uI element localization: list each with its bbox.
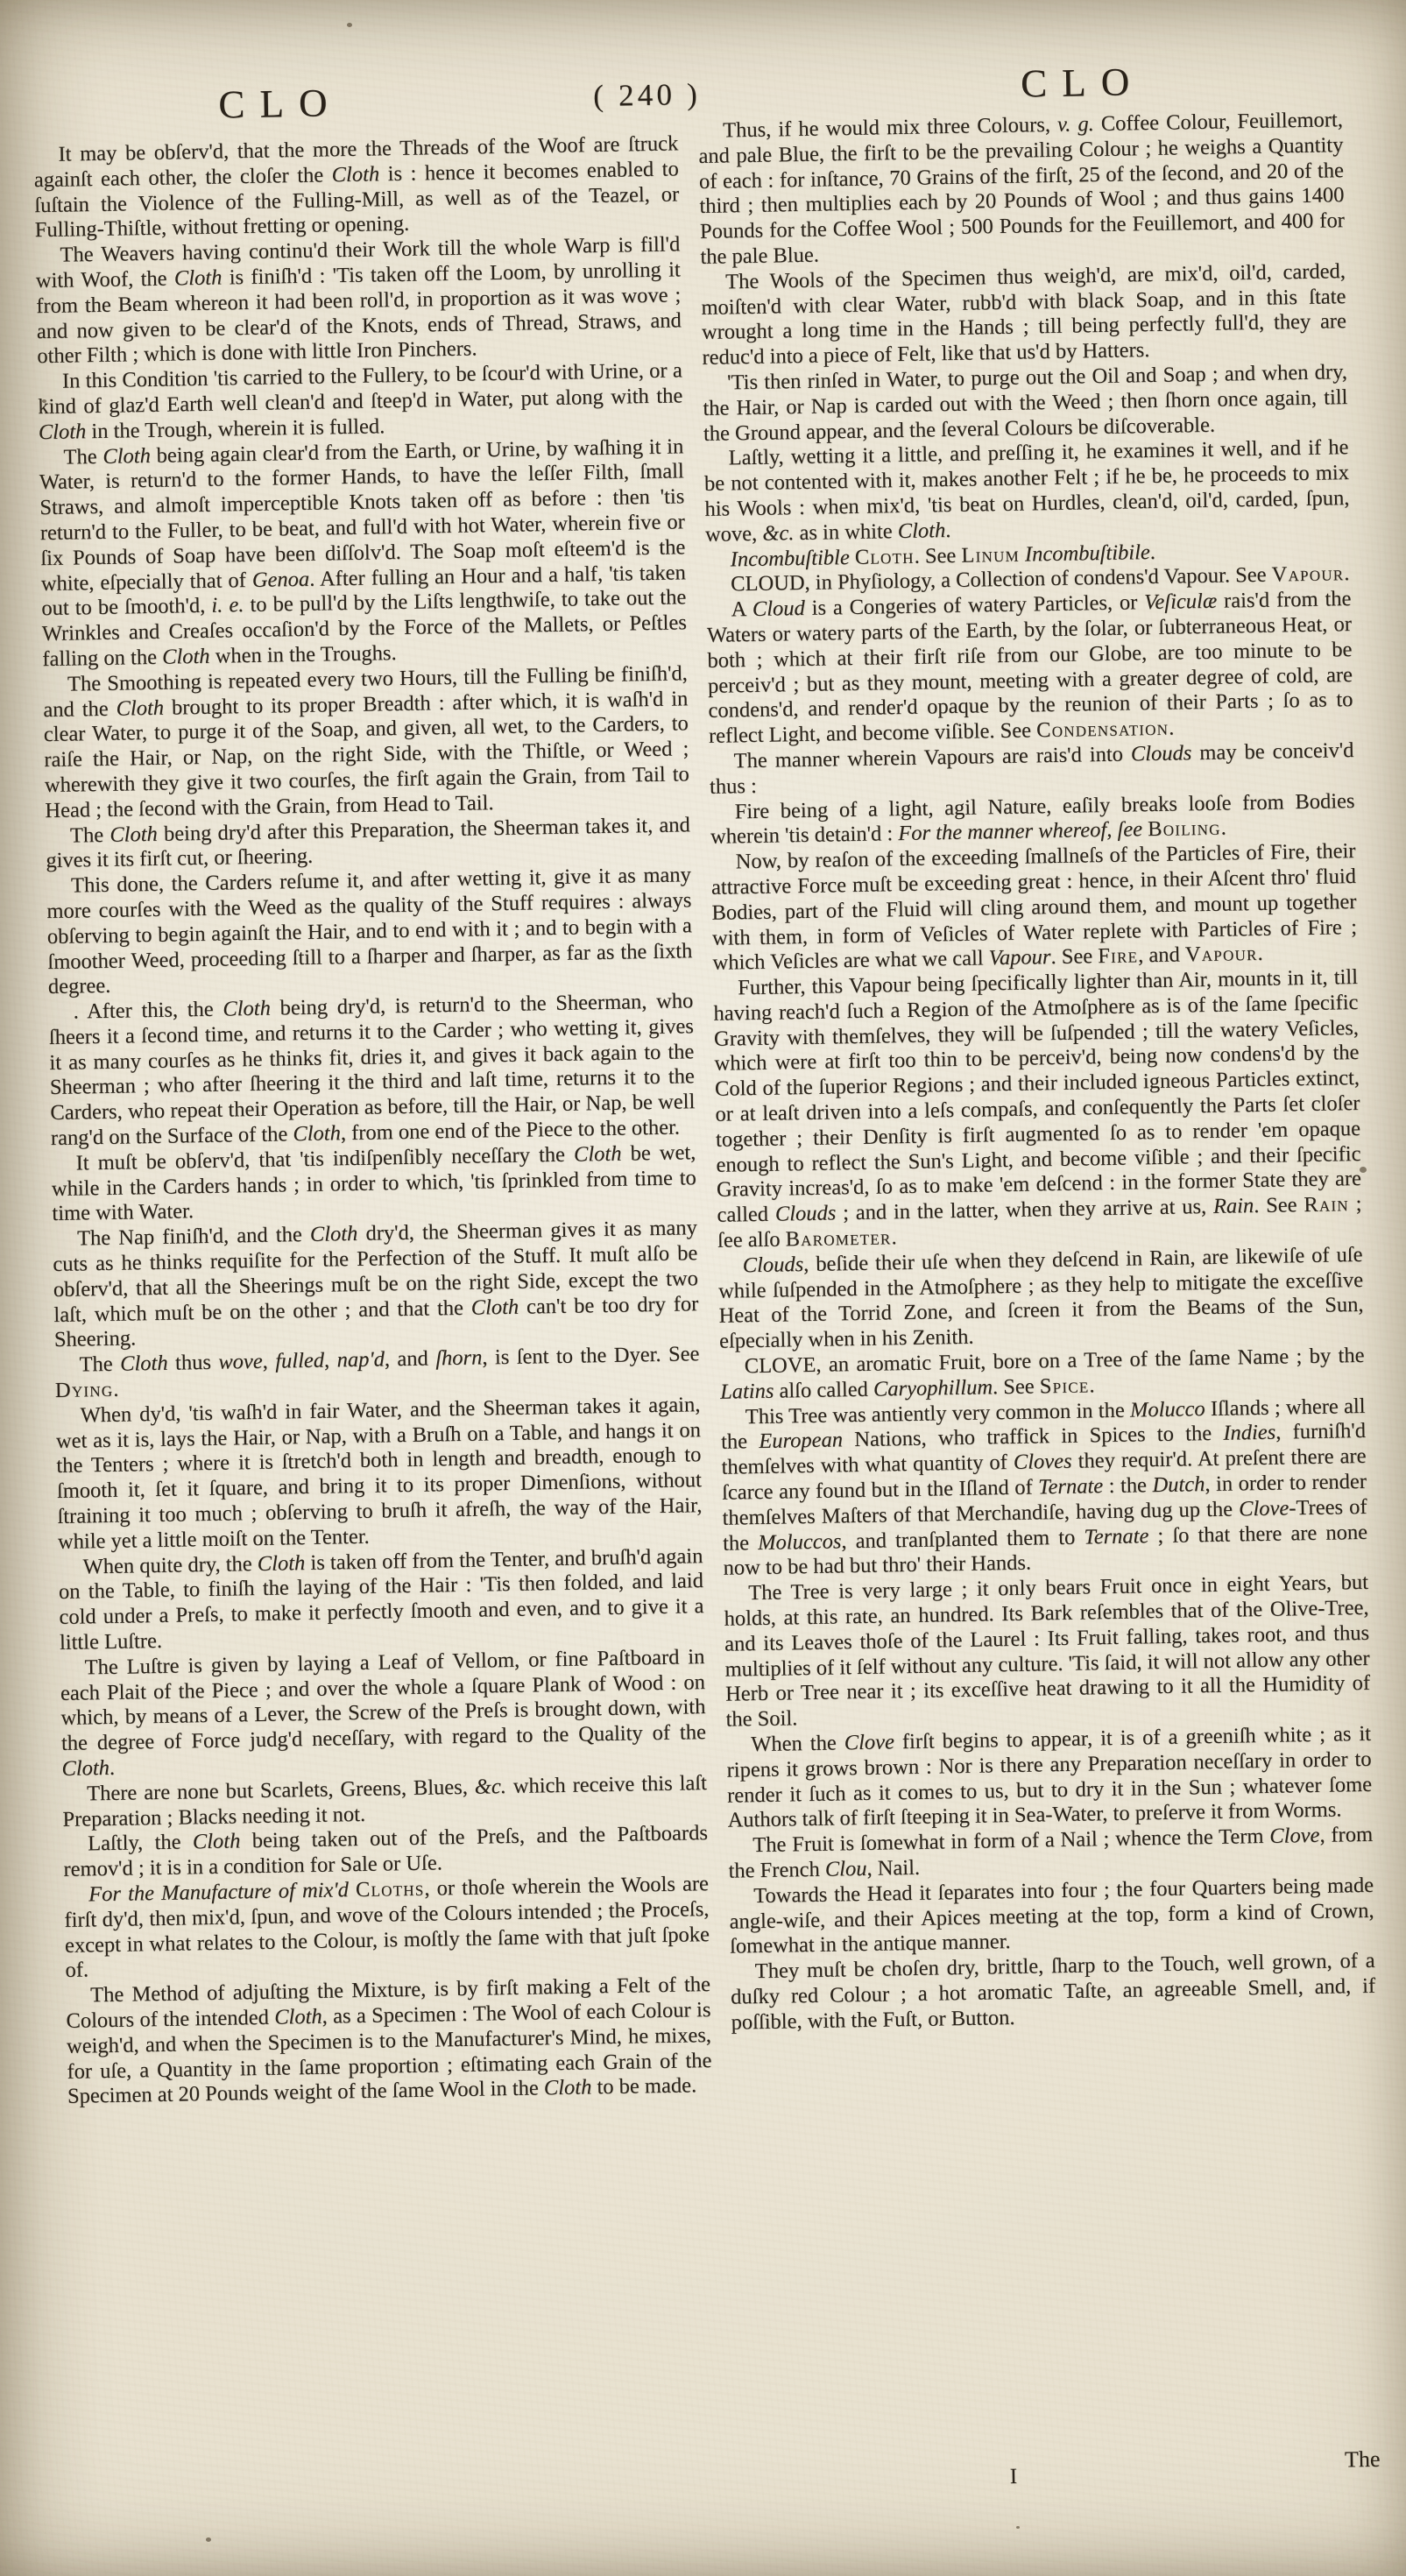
paragraph: The Luſtre is given by laying a Leaf of … [60,1645,706,1782]
paragraph: Thus, if he would mix three Colours, v. … [698,108,1346,271]
paragraph: The Weavers having continu'd their Work … [35,233,682,371]
italic-text: For the manner whereof, ſee [898,818,1142,846]
paragraph: It muſt be obſerv'd, that 'tis indiſpenſ… [51,1140,696,1227]
italic-text: Clouds [1131,741,1192,766]
italic-text: Cloth [39,420,87,444]
italic-text: Clou [825,1857,867,1881]
italic-text: Incombuſtibile [1025,540,1150,566]
small-caps-reference: Vapour [1185,942,1258,966]
italic-text: Cloth [293,1121,341,1146]
italic-text: Veſiculæ [1144,589,1217,614]
italic-text: Cloth [310,1222,358,1246]
small-caps-reference: Linum [961,542,1020,567]
italic-text: Cloth [110,822,158,846]
italic-text: Clove [1269,1824,1320,1848]
italic-text: Vapour [988,945,1050,970]
italic-text: For the Manufacture of mix'd [88,1878,349,1906]
italic-text: Clouds [742,1253,803,1277]
italic-text: Cloth [898,519,946,543]
paragraph: The Wools of the Specimen thus weigh'd, … [701,259,1347,371]
paragraph: This done, the Carders reſume it, and af… [46,863,693,1000]
italic-text: Cloth [574,1142,622,1167]
running-title-left: CLO [218,80,343,127]
italic-text: Cloves [1014,1450,1072,1474]
italic-text: Cloth [120,1352,168,1376]
italic-text: Ternate [1084,1524,1148,1549]
italic-text: fulled [275,1349,324,1373]
small-caps-reference: Fire [1098,944,1138,969]
paragraph: The Method of adjuſting the Mixture, is … [66,1973,712,2110]
paragraph: When the Clove firſt begins to appear, i… [726,1722,1373,1834]
paragraph: The Cloth being again clear'd from the E… [39,434,687,673]
left-column: It may be obſerv'd, that the more the Th… [33,131,712,2110]
ink-speck [347,23,352,27]
italic-text: Cloth [223,997,271,1021]
italic-text: Dutch [1152,1472,1205,1497]
italic-text: Cloth [544,2076,592,2100]
text-columns: It may be obſerv'd, that the more the Th… [33,120,1377,2110]
italic-text: Cloth [274,2005,322,2029]
paragraph: For the Manufacture of mix'd Cloths, or … [64,1872,710,1984]
paragraph: They muſt be choſen dry, brittle, ſharp … [730,1949,1375,2036]
italic-text: Cloth [258,1551,306,1576]
ink-speck [1016,2526,1020,2529]
italic-text: wove [218,1350,263,1374]
catchword: The [1345,2446,1381,2474]
paragraph: Further, this Vapour being ſpecifically … [713,965,1362,1254]
italic-text: Cloth [331,162,379,187]
paragraph: The Nap finiſh'd, and the Cloth dry'd, t… [53,1216,699,1353]
scanned-book-page: CLO ( 240 ) CLO It may be obſerv'd, that… [0,0,1406,2576]
small-caps-reference: Dying [55,1378,114,1402]
italic-text: nap'd [336,1348,385,1373]
italic-text: Ternate [1038,1474,1103,1499]
italic-text: Clouds [775,1202,837,1226]
page-content: CLO ( 240 ) CLO It may be obſerv'd, that… [32,66,1377,2110]
italic-text: Cloud [752,596,805,621]
small-caps-reference: Condensation [1036,716,1169,743]
italic-text: Rain [1213,1194,1254,1218]
small-caps-reference: Barometer [785,1225,891,1251]
paragraph: Clouds, beſide their uſe when they deſce… [717,1243,1364,1355]
paragraph: The Tree is very large ; it only bears F… [724,1570,1371,1733]
italic-text: &c. [475,1775,507,1799]
small-caps-reference: Boiling [1148,816,1221,841]
page-number: ( 240 ) [593,77,701,114]
paragraph: This Tree was antiently very common in t… [720,1394,1367,1582]
italic-text: i. e. [211,593,244,618]
paragraph: When quite dry, the Cloth is taken off f… [58,1544,704,1656]
small-caps-reference: Cloth [855,544,915,568]
italic-text: Cloth [116,695,164,720]
paragraph: When dy'd, 'tis waſh'd in fair Water, an… [55,1393,703,1556]
small-caps-reference: Rain [1304,1192,1349,1217]
paragraph: In this Condition 'tis carried to the Fu… [38,358,683,445]
small-caps-reference: Vapour [1271,562,1344,587]
paragraph: It may be obſerv'd, that the more the Th… [33,131,680,243]
italic-text: Cloth [174,265,223,290]
italic-text: Moluccos [758,1529,842,1555]
ink-speck [206,2537,211,2542]
italic-text: Cloth [470,1295,519,1319]
running-title-right: CLO [1021,59,1145,106]
italic-text: Clove [844,1730,894,1754]
italic-text: Genoa [252,567,310,591]
paragraph: The Smoothing is repeated every two Hour… [43,661,690,824]
italic-text: &c. [762,521,795,546]
paragraph: Towards the Head it ſeparates into four … [729,1874,1374,1960]
paragraph: Now, by reaſon of the exceeding ſmallneſ… [710,839,1357,977]
small-caps-reference: Spice [1040,1373,1090,1398]
signature-mark: I [1010,2465,1018,2489]
italic-text: Incombuſtible [730,546,850,571]
italic-text: Cloth [162,645,210,669]
italic-text: Clove [1239,1496,1289,1521]
italic-text: Indies [1223,1421,1275,1445]
paragraph: 'Tis then rinſed in Water, to purge out … [703,360,1348,447]
right-column: Thus, if he would mix three Colours, v. … [698,108,1376,2036]
italic-text: Molucco [1130,1397,1205,1422]
italic-text: Cloth [61,1756,110,1781]
small-caps-reference: Cloths [356,1877,425,1902]
italic-text: European [759,1429,843,1454]
italic-text: ſhorn [435,1346,483,1371]
italic-text: Cloth [193,1830,241,1854]
italic-text: Cloth [102,443,151,468]
paragraph: A Cloud is a Congeries of watery Particl… [706,587,1353,750]
paragraph: . After this, the Cloth being dry'd, is … [48,989,696,1152]
paragraph: Laſtly, wetting it a little, and preſſin… [703,435,1350,547]
italic-text: Latins [720,1380,774,1404]
italic-text: Caryophillum [873,1375,993,1401]
